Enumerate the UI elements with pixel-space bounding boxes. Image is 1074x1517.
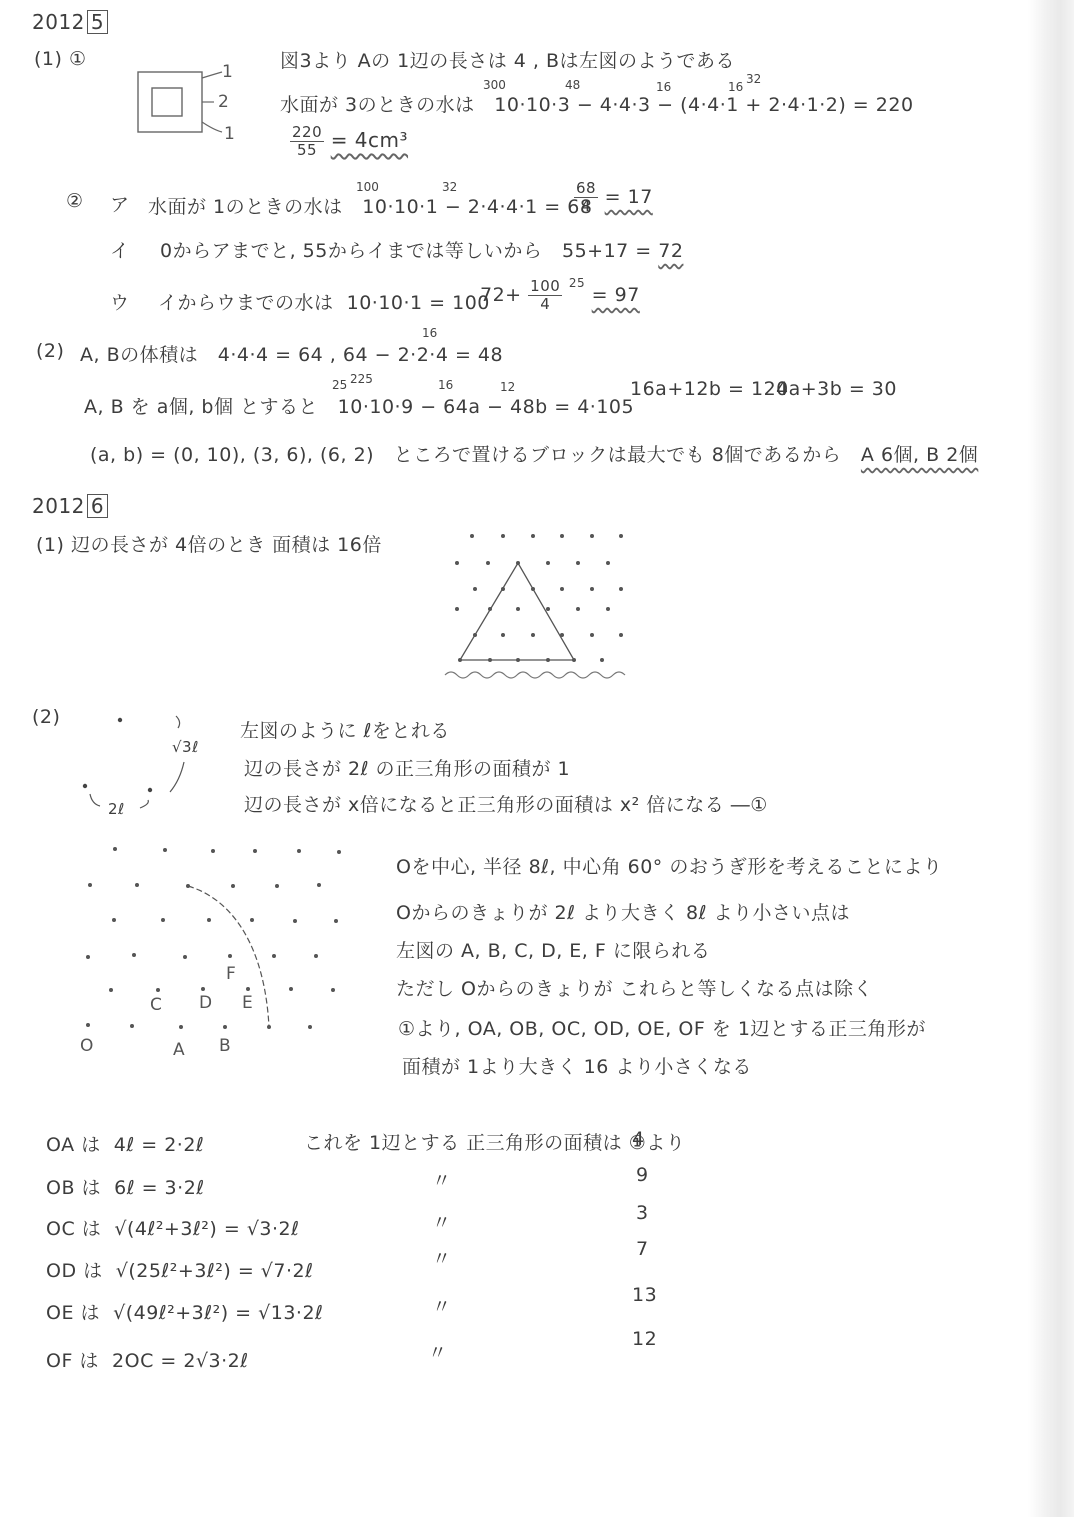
reasoning-line-1: Oを中心, 半径 8ℓ, 中心角 60° のおうぎ形を考えることにより: [396, 852, 942, 879]
point-label-o: O: [80, 1036, 93, 1056]
distance-od: OD は √(25ℓ²+3ℓ²) = √7·2ℓ: [46, 1256, 313, 1283]
reasoning-line-6: 面積が 1より大きく 16 より小さくなる: [402, 1052, 752, 1079]
area-oa: 4: [632, 1128, 645, 1150]
answer-volume: = 4cm³: [331, 128, 408, 152]
area-oc: 3: [636, 1202, 649, 1224]
label-sqrt3-l: √3ℓ: [172, 738, 199, 756]
line-u-expr: 10·10·1 = 100: [347, 292, 490, 314]
p2-line3-text: ところで置けるブロックは最大でも 8個であるから: [394, 444, 842, 466]
annotation: 16: [438, 378, 453, 392]
point-label-a: A: [173, 1040, 185, 1060]
line2-expression: 10·10·3 − 4·4·3 − (4·4·1 + 2·4·1·2) = 22…: [494, 94, 913, 116]
expression: 2OC = 2√3·2ℓ: [112, 1350, 249, 1372]
ditto-mark: 〃: [432, 1244, 452, 1271]
ditto-mark: 〃: [428, 1338, 448, 1365]
segment: OA は: [46, 1134, 101, 1156]
p2-line2-expr: 10·10·9 − 64a − 48b = 4·105: [338, 396, 634, 418]
triangular-dot-grid-figure: [440, 525, 650, 685]
p6-p2-line2: 辺の長さが 2ℓ の正三角形の面積が 1: [244, 754, 570, 781]
p2-eq2: 4a+3b = 30: [776, 378, 897, 400]
p6-p2-line1: 左図のように ℓをとれる: [240, 716, 450, 743]
p2-line3-expr: (a, b) = (0, 10), (3, 6), (6, 2): [90, 444, 374, 466]
line-u-result: 72+ 1004 25 = 97: [480, 278, 640, 313]
p2-line2: A, B を a個, b個 とすると 10·10·9 − 64a − 48b =…: [84, 392, 634, 419]
area-od: 7: [636, 1238, 649, 1260]
p2-line1: A, Bの体積は 4·4·4 = 64 , 64 − 2·2·4 = 48: [80, 340, 503, 367]
area-oe: 13: [632, 1284, 657, 1306]
ditto-mark: 〃: [432, 1208, 452, 1235]
area-header: これを 1辺とする 正三角形の面積は ①より: [304, 1128, 685, 1155]
fraction: 684: [574, 180, 598, 215]
p5-line2: 水面が 3のときの水は 10·10·3 − 4·4·3 − (4·4·1 + 2…: [280, 90, 914, 117]
p6-part2-label: (2): [32, 706, 60, 728]
part-label: (1): [34, 48, 62, 70]
fig-label-mid: 2: [218, 92, 229, 112]
p5-line1: 図3より Aの 1辺の長さは 4 , Bは左図のようである: [280, 46, 735, 73]
p2-line3: (a, b) = (0, 10), (3, 6), (6, 2) ところで置ける…: [90, 440, 978, 467]
problem6-year: 2012: [32, 494, 85, 518]
fraction: 22055: [290, 124, 324, 159]
answer-a: = 17: [605, 186, 653, 208]
p6-part1-text: 辺の長さが 4倍のとき 面積は 16倍: [71, 534, 382, 556]
distance-oe: OE は √(49ℓ²+3ℓ²) = √13·2ℓ: [46, 1298, 323, 1325]
problem6-header: 20126: [32, 494, 108, 518]
annotation: 25: [569, 276, 585, 290]
label-i: イ: [110, 236, 130, 263]
line-a-expr: 10·10·1 − 2·4·4·1 = 68: [362, 196, 592, 218]
distance-of: OF は 2OC = 2√3·2ℓ: [46, 1346, 249, 1373]
ditto-mark: 〃: [432, 1292, 452, 1319]
p5-line3: 22055 = 4cm³: [290, 124, 408, 159]
reasoning-line-5: ①より, OA, OB, OC, OD, OE, OF を 1辺とする正三角形が: [398, 1014, 926, 1041]
p6-p2-line3: 辺の長さが x倍になると正三角形の面積は x² 倍になる ―①: [244, 790, 768, 817]
segment: OD は: [46, 1260, 103, 1282]
expression: √(25ℓ²+3ℓ²) = √7·2ℓ: [116, 1260, 314, 1282]
line-u: イからウまでの水は 10·10·1 = 100: [158, 288, 490, 315]
p2-eq1: 16a+12b = 120: [630, 378, 789, 400]
annotation: 16: [422, 326, 437, 340]
distance-ob: OB は 6ℓ = 3·2ℓ: [46, 1173, 205, 1200]
p5-sub2-label: ②: [66, 190, 84, 212]
line-a: 水面が 1のときの水は 10·10·1 − 2·4·4·1 = 68: [148, 192, 592, 219]
label-a: ア: [110, 190, 130, 217]
problem5-number-box: 5: [87, 10, 108, 34]
expression: 4ℓ = 2·2ℓ: [114, 1134, 205, 1156]
p2-line1-expr: 4·4·4 = 64 , 64 − 2·2·4 = 48: [218, 344, 503, 366]
line-a-result: 684 = 17: [574, 180, 653, 215]
u-prefix: 72+: [480, 284, 522, 306]
problem6-number-box: 6: [87, 494, 108, 518]
problem5-header: 20125: [32, 10, 108, 34]
p5-part2-label: (2): [36, 340, 64, 362]
final-answer-blocks: A 6個, B 2個: [861, 444, 978, 466]
p6-part1: (1) 辺の長さが 4倍のとき 面積は 16倍: [36, 530, 382, 557]
sub-label: ①: [69, 48, 87, 70]
reasoning-line-2: Oからのきょりが 2ℓ より大きく 8ℓ より小さい点は: [396, 898, 850, 925]
fig-label-top: 1: [222, 62, 233, 82]
expression: √(4ℓ²+3ℓ²) = √3·2ℓ: [114, 1218, 299, 1240]
line2-prefix: 水面が 3のときの水は: [280, 94, 475, 116]
annotation: 25: [332, 378, 347, 392]
area-of: 12: [632, 1328, 657, 1350]
expression: 6ℓ = 3·2ℓ: [114, 1177, 205, 1199]
annotation: 225: [350, 372, 373, 386]
distance-oc: OC は √(4ℓ²+3ℓ²) = √3·2ℓ: [46, 1214, 300, 1241]
ditto-mark: 〃: [432, 1166, 452, 1193]
point-label-b: B: [219, 1036, 231, 1056]
p2-line1-text: A, Bの体積は: [80, 344, 198, 366]
point-label-f: F: [226, 964, 236, 984]
label-2l: 2ℓ: [108, 800, 125, 818]
scan-page-edge: [1028, 0, 1074, 1517]
p2-line2-text: A, B を a個, b個 とすると: [84, 396, 318, 418]
line-i-expr: 55+17 =: [562, 240, 652, 262]
p5-part1-label: (1) ①: [34, 48, 87, 70]
reasoning-line-3: 左図の A, B, C, D, E, F に限られる: [396, 936, 710, 963]
answer-u: = 97: [592, 284, 640, 306]
reasoning-line-4: ただし Oからのきょりが これらと等しくなる点は除く: [396, 974, 873, 1001]
problem5-year: 2012: [32, 10, 85, 34]
line-i-text: 0からアまでと, 55からイまでは等しいから: [160, 240, 542, 262]
segment: OF は: [46, 1350, 99, 1372]
fig-label-bottom: 1: [224, 124, 235, 144]
annotation: 32: [746, 72, 761, 86]
answer-i: 72: [658, 240, 683, 262]
line-a-text: 水面が 1のときの水は: [148, 196, 343, 218]
point-label-c: C: [150, 995, 162, 1015]
area-ob: 9: [636, 1164, 649, 1186]
line-i: 0からアまでと, 55からイまでは等しいから 55+17 = 72: [160, 236, 683, 263]
lattice-arc-figure: [60, 830, 380, 1070]
expression: √(49ℓ²+3ℓ²) = √13·2ℓ: [113, 1302, 323, 1324]
unit-triangle-sketch: [80, 710, 200, 820]
segment: OB は: [46, 1177, 101, 1199]
distance-oa: OA は 4ℓ = 2·2ℓ: [46, 1130, 204, 1157]
line-u-text: イからウまでの水は: [158, 292, 334, 314]
point-label-d: D: [199, 993, 212, 1013]
part-label: (1): [36, 534, 64, 556]
segment: OC は: [46, 1218, 101, 1240]
fraction: 1004: [528, 278, 562, 313]
label-u: ウ: [110, 288, 130, 315]
point-label-e: E: [242, 993, 253, 1013]
segment: OE は: [46, 1302, 100, 1324]
